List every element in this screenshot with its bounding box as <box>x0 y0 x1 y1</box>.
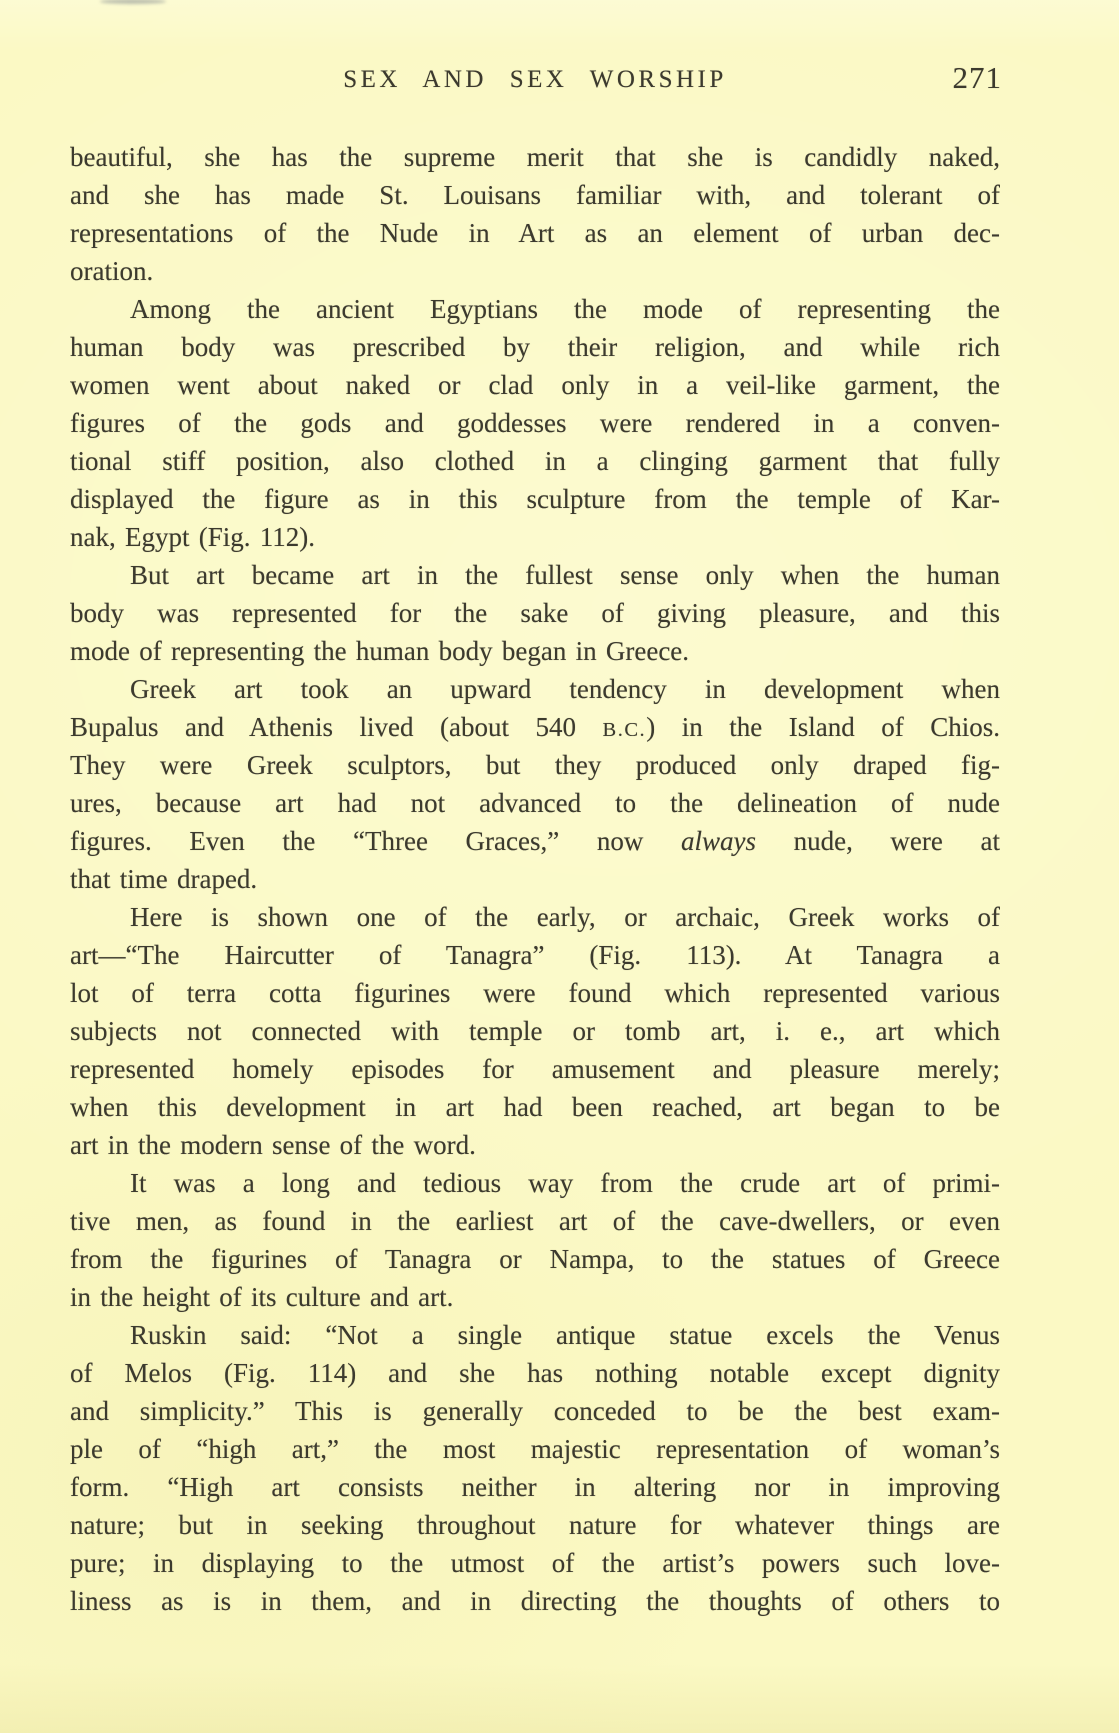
scan-artifact-smudge <box>100 0 166 4</box>
text-segment: figures. Even the “Three Graces,” now <box>70 826 681 856</box>
text-segment: ) in the Island of Chios. <box>646 712 1000 742</box>
text-segment: that time draped. <box>70 864 257 894</box>
text-line: nature; but in seeking throughout nature… <box>70 1506 1000 1544</box>
text-segment: tive men, as found in the earliest art o… <box>70 1206 1000 1236</box>
text-segment: Bupalus and Athenis lived (about 540 <box>70 712 603 742</box>
text-segment: mode of representing the human body bega… <box>70 636 689 666</box>
page-number: 271 <box>70 60 1002 96</box>
italic-text: always <box>681 826 756 856</box>
text-segment: nak, Egypt (Fig. 112). <box>70 522 315 552</box>
text-line: Greek art took an upward tendency in dev… <box>70 670 1000 708</box>
text-segment: from the figurines of Tanagra or Nampa, … <box>70 1244 1000 1274</box>
text-line: It was a long and tedious way from the c… <box>70 1164 1000 1202</box>
text-line: Bupalus and Athenis lived (about 540 B.C… <box>70 708 1000 746</box>
text-segment: pure; in displaying to the utmost of the… <box>70 1548 1000 1578</box>
text-line: pure; in displaying to the utmost of the… <box>70 1544 1000 1582</box>
text-line: displayed the figure as in this sculptur… <box>70 480 1000 518</box>
text-segment: in the height of its culture and art. <box>70 1282 453 1312</box>
text-segment: subjects not connected with temple or to… <box>70 1016 1000 1046</box>
text-segment: Ruskin said: “Not a single antique statu… <box>130 1320 1000 1350</box>
text-line: representations of the Nude in Art as an… <box>70 214 1000 252</box>
book-page-scan: SEX AND SEX WORSHIP 271 beautiful, she h… <box>0 0 1119 1733</box>
text-line: mode of representing the human body bega… <box>70 632 1000 670</box>
text-segment: lot of terra cotta figurines were found … <box>70 978 1000 1008</box>
text-line: and she has made St. Louisans familiar w… <box>70 176 1000 214</box>
text-segment: displayed the figure as in this sculptur… <box>70 484 1000 514</box>
text-line: Among the ancient Egyptians the mode of … <box>70 290 1000 328</box>
text-line: nak, Egypt (Fig. 112). <box>70 518 1000 556</box>
text-line: beautiful, she has the supreme merit tha… <box>70 138 1000 176</box>
text-line: ple of “high art,” the most majestic rep… <box>70 1430 1000 1468</box>
text-line: oration. <box>70 252 1000 290</box>
text-line: art—“The Haircutter of Tanagra” (Fig. 11… <box>70 936 1000 974</box>
text-segment: art in the modern sense of the word. <box>70 1130 476 1160</box>
text-segment: Among the ancient Egyptians the mode of … <box>130 294 1000 324</box>
text-line: tive men, as found in the earliest art o… <box>70 1202 1000 1240</box>
text-line: of Melos (Fig. 114) and she has nothing … <box>70 1354 1000 1392</box>
text-line: But art became art in the fullest sense … <box>70 556 1000 594</box>
text-segment: But art became art in the fullest sense … <box>130 560 1000 590</box>
text-segment: nature; but in seeking throughout nature… <box>70 1510 1000 1540</box>
text-line: body was represented for the sake of giv… <box>70 594 1000 632</box>
text-segment: of Melos (Fig. 114) and she has nothing … <box>70 1358 1000 1388</box>
text-segment: when this development in art had been re… <box>70 1092 1000 1122</box>
text-segment: ures, because art had not advanced to th… <box>70 788 1000 818</box>
text-segment: nude, were at <box>756 826 1000 856</box>
text-line: form. “High art consists neither in alte… <box>70 1468 1000 1506</box>
text-segment: They were Greek sculptors, but they prod… <box>70 750 1000 780</box>
text-line: lot of terra cotta figurines were found … <box>70 974 1000 1012</box>
text-segment: oration. <box>70 256 153 286</box>
text-segment: women went about naked or clad only in a… <box>70 370 1000 400</box>
text-line: Here is shown one of the early, or archa… <box>70 898 1000 936</box>
text-segment: tional stiff position, also clothed in a… <box>70 446 1000 476</box>
small-caps-text: B.C. <box>603 719 647 741</box>
text-line: subjects not connected with temple or to… <box>70 1012 1000 1050</box>
text-segment: Here is shown one of the early, or archa… <box>130 902 1000 932</box>
text-segment: representations of the Nude in Art as an… <box>70 218 1000 248</box>
text-segment: It was a long and tedious way from the c… <box>130 1168 1000 1198</box>
text-line: human body was prescribed by their relig… <box>70 328 1000 366</box>
text-line: tional stiff position, also clothed in a… <box>70 442 1000 480</box>
text-line: women went about naked or clad only in a… <box>70 366 1000 404</box>
text-segment: beautiful, she has the supreme merit tha… <box>70 142 1000 172</box>
text-segment: figures of the gods and goddesses were r… <box>70 408 1000 438</box>
text-line: figures. Even the “Three Graces,” now al… <box>70 822 1000 860</box>
text-segment: and simplicity.” This is generally conce… <box>70 1396 1000 1426</box>
text-segment: liness as is in them, and in directing t… <box>70 1586 1000 1616</box>
text-line: that time draped. <box>70 860 1000 898</box>
text-segment: body was represented for the sake of giv… <box>70 598 1000 628</box>
text-line: when this development in art had been re… <box>70 1088 1000 1126</box>
text-line: Ruskin said: “Not a single antique statu… <box>70 1316 1000 1354</box>
text-line: and simplicity.” This is generally conce… <box>70 1392 1000 1430</box>
text-line: in the height of its culture and art. <box>70 1278 1000 1316</box>
text-segment: human body was prescribed by their relig… <box>70 332 1000 362</box>
text-line: ures, because art had not advanced to th… <box>70 784 1000 822</box>
text-segment: represented homely episodes for amusemen… <box>70 1054 1000 1084</box>
text-segment: and she has made St. Louisans familiar w… <box>70 180 1000 210</box>
text-line: art in the modern sense of the word. <box>70 1126 1000 1164</box>
text-segment: Greek art took an upward tendency in dev… <box>130 674 1000 704</box>
page-body-text: beautiful, she has the supreme merit tha… <box>70 138 1000 1620</box>
text-line: liness as is in them, and in directing t… <box>70 1582 1000 1620</box>
text-segment: ple of “high art,” the most majestic rep… <box>70 1434 1000 1464</box>
text-segment: form. “High art consists neither in alte… <box>70 1472 1000 1502</box>
text-line: figures of the gods and goddesses were r… <box>70 404 1000 442</box>
text-line: from the figurines of Tanagra or Nampa, … <box>70 1240 1000 1278</box>
text-line: They were Greek sculptors, but they prod… <box>70 746 1000 784</box>
text-segment: art—“The Haircutter of Tanagra” (Fig. 11… <box>70 940 1000 970</box>
text-line: represented homely episodes for amusemen… <box>70 1050 1000 1088</box>
